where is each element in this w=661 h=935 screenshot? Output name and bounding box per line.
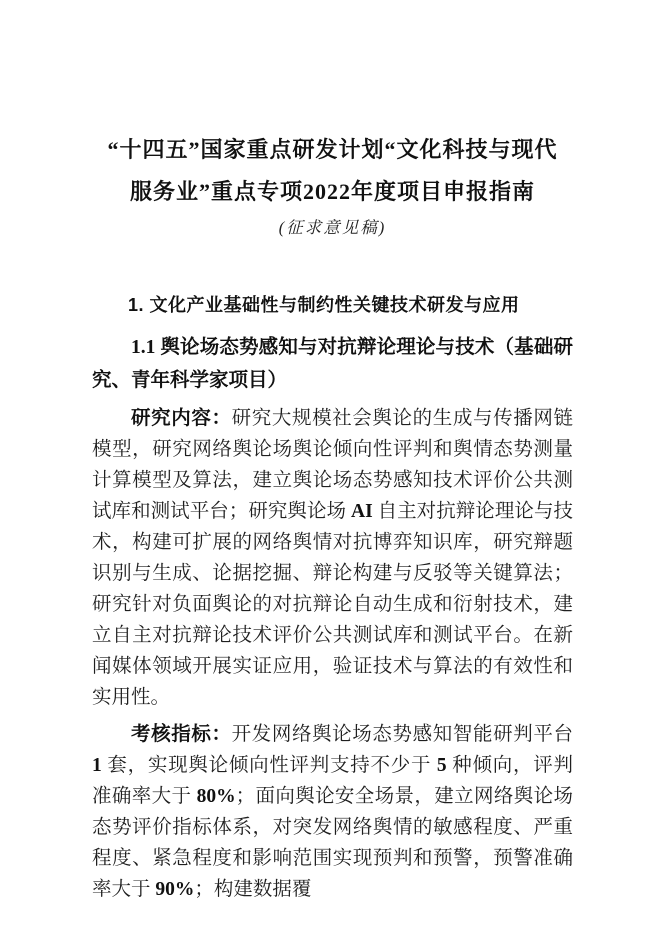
research-content-label: 研究内容： bbox=[131, 408, 232, 429]
assessment-value-accuracy-80: 80% bbox=[197, 786, 236, 807]
assessment-value-accuracy-90: 90% bbox=[155, 879, 194, 900]
assessment-indicators-label: 考核指标： bbox=[131, 724, 232, 745]
assessment-value-tendency-count: 5 bbox=[437, 755, 447, 776]
document-title: “十四五”国家重点研发计划“文化科技与现代 服务业”重点专项2022年度项目申报… bbox=[92, 129, 573, 213]
research-content-paragraph: 研究内容：研究大规模社会舆论的生成与传播网链模型，研究网络舆论场舆论倾向性评判和… bbox=[92, 403, 573, 713]
assessment-text-1: 开发网络舆论场态势感知智能研判平台 bbox=[232, 724, 573, 745]
document-title-line-1: “十四五”国家重点研发计划“文化科技与现代 bbox=[92, 129, 573, 171]
assessment-text-5: ；构建数据覆 bbox=[194, 879, 311, 900]
section-1-heading: 1. 文化产业基础性与制约性关键技术研发与应用 bbox=[92, 289, 573, 322]
document-title-line-2: 服务业”重点专项2022年度项目申报指南 bbox=[92, 171, 573, 213]
document-page: “十四五”国家重点研发计划“文化科技与现代 服务业”重点专项2022年度项目申报… bbox=[0, 0, 661, 935]
assessment-value-platform-count: 1 bbox=[92, 755, 102, 776]
research-content-text-2: 自主对抗辩论理论与技术，构建可扩展的网络舆情对抗博弈知识库，研究辩题识别与生成、… bbox=[92, 501, 573, 708]
assessment-text-2: 套，实现舆论倾向性评判支持不少于 bbox=[102, 755, 437, 776]
section-1-1-heading: 1.1 舆论场态势感知与对抗辩论理论与技术（基础研究、青年科学家项目） bbox=[92, 331, 573, 397]
document-subtitle: (征求意见稿) bbox=[92, 213, 573, 243]
assessment-indicators-paragraph: 考核指标：开发网络舆论场态势感知智能研判平台 1 套，实现舆论倾向性评判支持不少… bbox=[92, 719, 573, 905]
research-content-ai-term: AI bbox=[351, 501, 373, 522]
